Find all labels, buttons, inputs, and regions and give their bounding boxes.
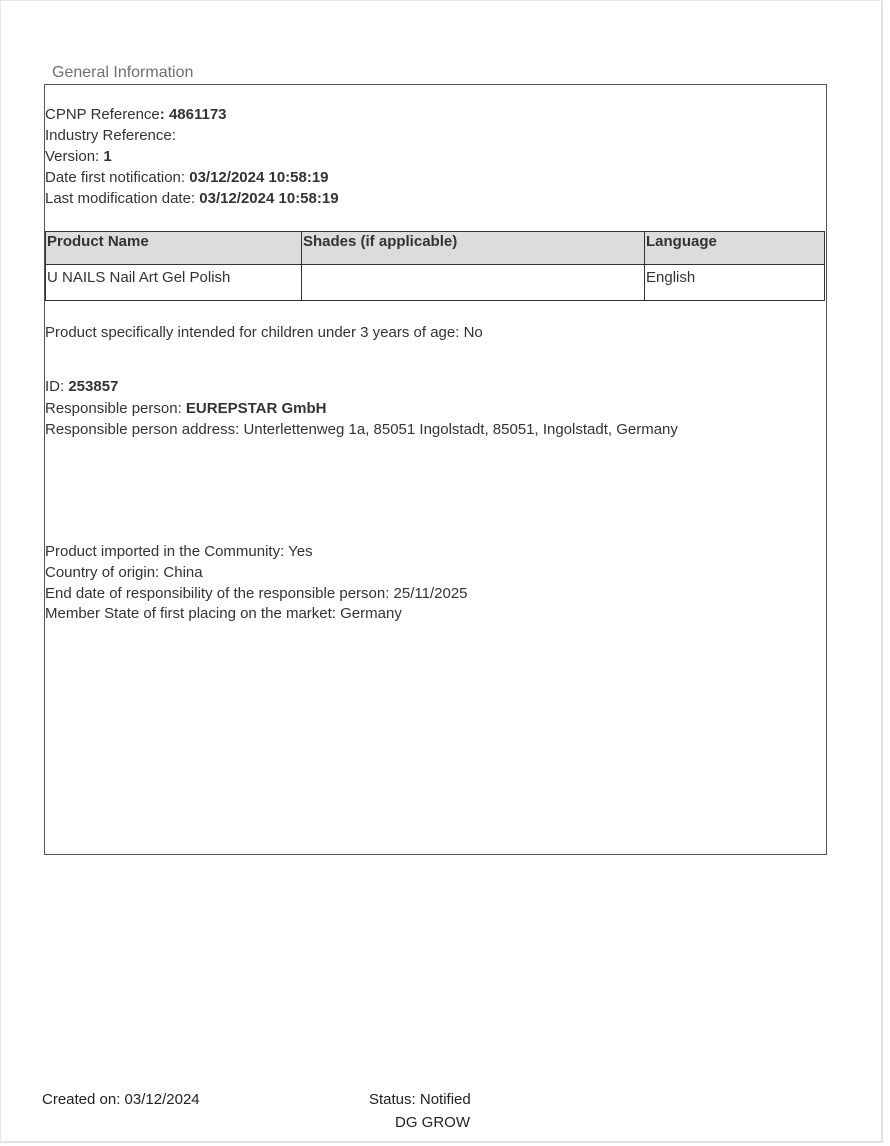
- last-modification-date-value: 03/12/2024 10:58:19: [199, 190, 338, 207]
- children-under-3: Product specifically intended for childr…: [45, 324, 483, 342]
- cpnp-reference: CPNP Reference: 4861173: [45, 106, 227, 124]
- responsible-person-address: Responsible person address: Unterlettenw…: [45, 421, 678, 439]
- cell-language: English: [645, 265, 825, 301]
- status: Status: Notified: [369, 1091, 471, 1108]
- responsible-person-label: Responsible person:: [45, 400, 186, 417]
- date-first-notification-label: Date first notification:: [45, 169, 189, 186]
- cell-product-name: U NAILS Nail Art Gel Polish: [46, 265, 302, 301]
- version-value: 1: [103, 148, 111, 165]
- header-shades: Shades (if applicable): [302, 232, 645, 265]
- date-first-notification: Date first notification: 03/12/2024 10:5…: [45, 169, 329, 187]
- header-product-name: Product Name: [46, 232, 302, 265]
- table-header-row: Product Name Shades (if applicable) Lang…: [46, 232, 825, 265]
- cpnp-reference-label: CPNP Reference: [45, 106, 160, 123]
- section-title: General Information: [52, 64, 193, 82]
- version: Version: 1: [45, 148, 112, 166]
- member-state-first-placing: Member State of first placing on the mar…: [45, 605, 402, 623]
- dg-grow: DG GROW: [395, 1114, 470, 1131]
- created-on: Created on: 03/12/2024: [42, 1091, 200, 1108]
- last-modification-date: Last modification date: 03/12/2024 10:58…: [45, 190, 339, 208]
- responsible-person: Responsible person: EUREPSTAR GmbH: [45, 400, 327, 418]
- header-language: Language: [645, 232, 825, 265]
- cell-shades: [302, 265, 645, 301]
- table-row: U NAILS Nail Art Gel Polish English: [46, 265, 825, 301]
- product-imported: Product imported in the Community: Yes: [45, 543, 313, 561]
- responsible-person-value: EUREPSTAR GmbH: [186, 400, 327, 417]
- responsible-id: ID: 253857: [45, 378, 118, 396]
- products-table: Product Name Shades (if applicable) Lang…: [45, 231, 825, 301]
- date-first-notification-value: 03/12/2024 10:58:19: [189, 169, 328, 186]
- cpnp-reference-value: : 4861173: [160, 106, 227, 123]
- country-of-origin: Country of origin: China: [45, 564, 203, 582]
- responsible-id-label: ID:: [45, 378, 68, 395]
- end-date-responsibility: End date of responsibility of the respon…: [45, 585, 468, 603]
- version-label: Version:: [45, 148, 103, 165]
- responsible-id-value: 253857: [68, 378, 118, 395]
- industry-reference: Industry Reference:: [45, 127, 176, 145]
- last-modification-date-label: Last modification date:: [45, 190, 199, 207]
